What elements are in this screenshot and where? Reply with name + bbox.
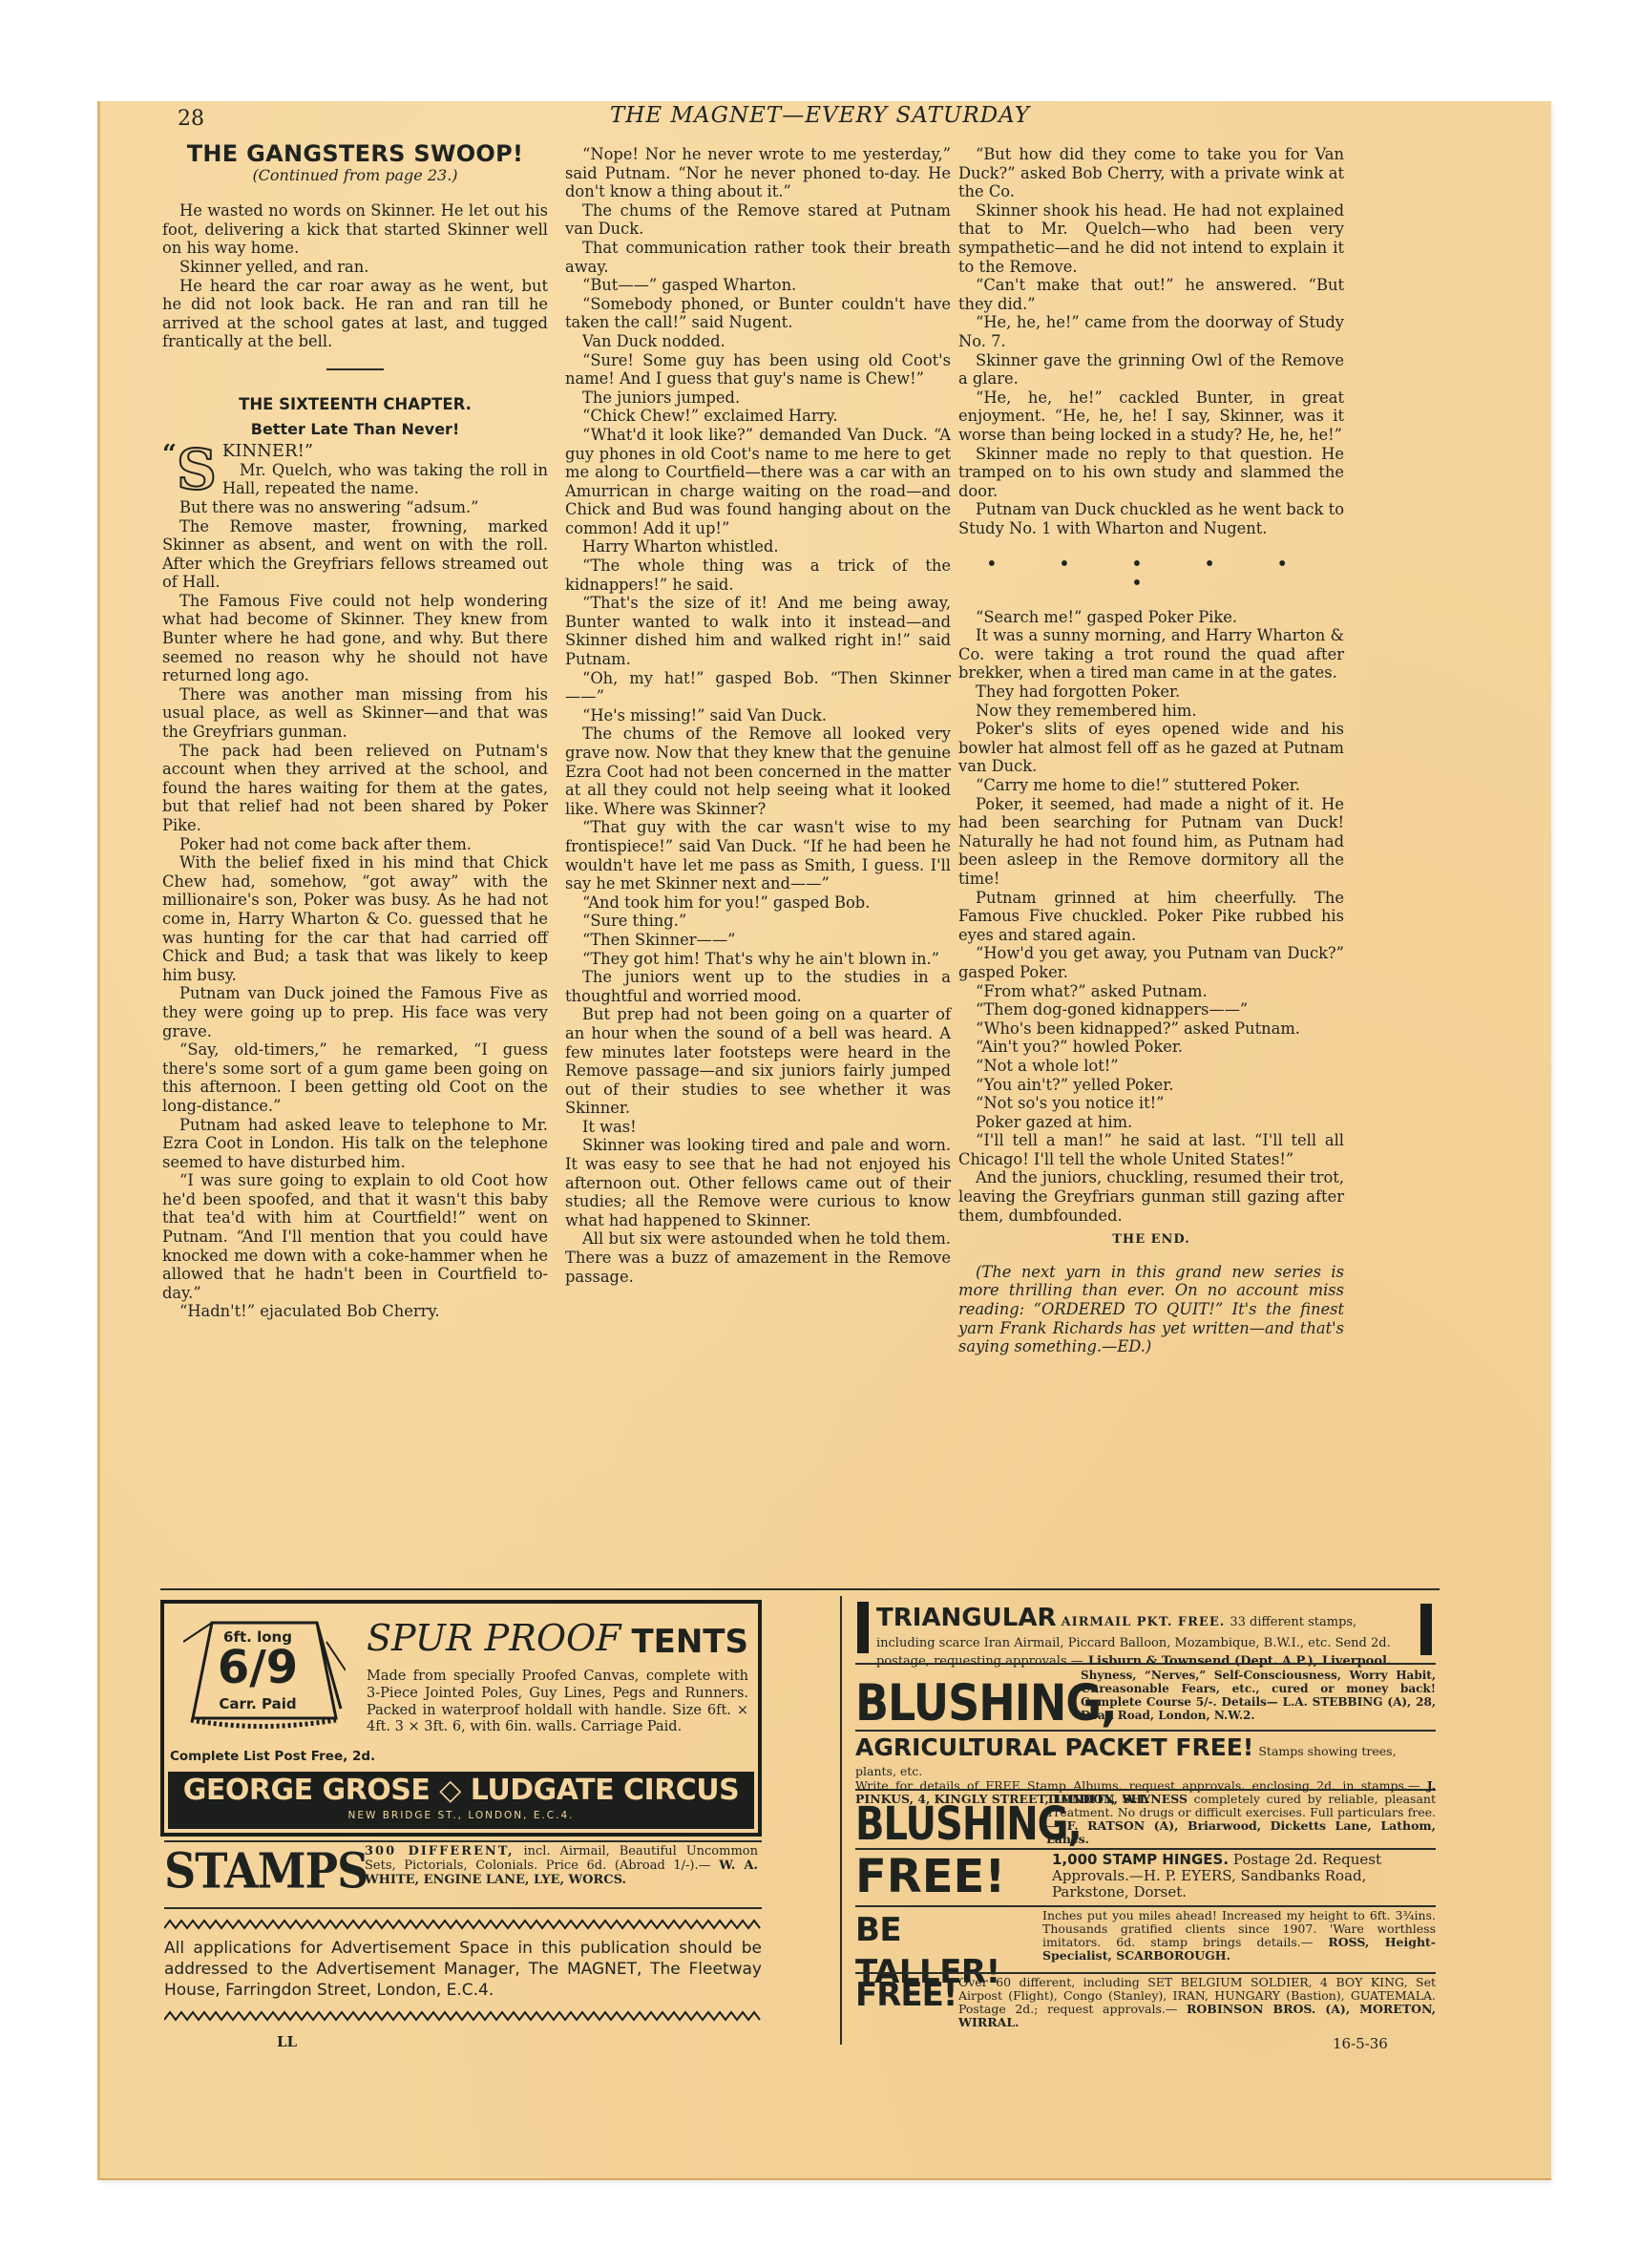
story-paragraph: “Say, old-timers,” he remarked, “I guess…: [162, 1040, 548, 1115]
triangular-advert: TRIANGULAR AIRMAIL PKT. FREE. 33 differe…: [855, 1604, 1436, 1669]
story-paragraph: Poker, it seemed, had made a night of it…: [958, 795, 1344, 889]
story-paragraph: They had forgotten Poker.: [958, 682, 1344, 702]
rule: [855, 1789, 1436, 1791]
story-paragraph: It was!: [565, 1118, 951, 1137]
ad-body: Over 60 different, including SET BELGIUM…: [958, 1976, 1436, 2029]
story-paragraph: “Hadn't!” ejaculated Bob Cherry.: [162, 1302, 548, 1321]
story-paragraph: “That guy with the car wasn't wise to my…: [565, 818, 951, 892]
story-paragraph: “Somebody phoned, or Bunter couldn't hav…: [565, 295, 951, 332]
tent-price: 6/9: [202, 1642, 313, 1693]
ad-body: Shyness, “Nerves,” Self-Consciousness, W…: [1081, 1669, 1436, 1728]
story-paragraph: Putnam van Duck joined the Famous Five a…: [162, 984, 548, 1040]
story-paragraph: Putnam had asked leave to telephone to M…: [162, 1116, 548, 1172]
free-stamps-advert: FREE! Over 60 different, including SET B…: [855, 1976, 1436, 2029]
story-paragraph: “I was sure going to explain to old Coot…: [162, 1171, 548, 1302]
issue-date: 16-5-36: [1333, 2035, 1388, 2052]
story-paragraph: All but six were astounded when he told …: [565, 1229, 951, 1286]
story-paragraph: Now they remembered him.: [958, 702, 1344, 721]
story-paragraph: “That's the size of it! And me being awa…: [565, 594, 951, 668]
tent-advert: 6ft. long 6/9 Carr. Paid SPUR PROOF TENT…: [160, 1600, 762, 1837]
stamps-advert: STAMPS 300 DIFFERENT, incl. Airmail, Bea…: [164, 1842, 762, 1901]
story-paragraph: “Ain't you?” howled Poker.: [958, 1038, 1344, 1057]
chapter-subtitle: Better Late Than Never!: [162, 420, 548, 439]
story-paragraph: With the belief fixed in his mind that C…: [162, 853, 548, 984]
story-column-2: “Nope! Nor he never wrote to me yesterda…: [565, 145, 951, 1286]
story-paragraph: Skinner made no reply to that question. …: [958, 445, 1344, 501]
story-paragraph: Putnam grinned at him cheerfully. The Fa…: [958, 889, 1344, 945]
story-paragraph: “How'd you get away, you Putnam van Duck…: [958, 944, 1344, 981]
story-paragraph: Skinner was looking tired and pale and w…: [565, 1136, 951, 1229]
story-paragraph: “Who's been kidnapped?” asked Putnam.: [958, 1019, 1344, 1039]
ad-headline: AGRICULTURAL PACKET FREE!: [855, 1733, 1253, 1761]
rule: [855, 1730, 1436, 1732]
ad-headline: BLUSHING,: [855, 1669, 1081, 1736]
drop-cap: S: [177, 446, 217, 493]
editor-note: (The next yarn in this grand new series …: [958, 1263, 1344, 1356]
story-paragraph: “Chick Chew!” exclaimed Harry.: [565, 407, 951, 426]
ad-lead: AIRMAIL PKT. FREE.: [1062, 1615, 1226, 1629]
story-paragraph: The pack had been relieved on Putnam's a…: [162, 742, 548, 835]
printer-mark: LL: [277, 2033, 297, 2050]
seller-address: NEW BRIDGE ST., LONDON, E.C.4.: [168, 1810, 754, 1821]
story-paragraph: “Sure thing.”: [565, 912, 951, 931]
zigzag-border: [164, 1919, 762, 1930]
advertising-notice: All applications for Advertisement Space…: [164, 1938, 762, 2001]
ad-body: TIMIDITY, SHYNESS completely cured by re…: [1046, 1793, 1436, 1846]
story-paragraph: “Them dog-goned kidnappers——”: [958, 1000, 1344, 1019]
ad-lead: 1,000 STAMP HINGES.: [1052, 1851, 1229, 1868]
rule: [855, 1663, 1436, 1665]
story-paragraph: “Oh, my hat!” gasped Bob. “Then Skinner—…: [565, 669, 951, 706]
tent-brand: SPUR PROOF: [367, 1617, 621, 1659]
story-paragraph: “I'll tell a man!” he said at last. “I'l…: [958, 1131, 1344, 1168]
ad-headline: FREE!: [855, 1976, 958, 2029]
story-paragraph: “Sure! Some guy has been using old Coot'…: [565, 351, 951, 388]
story-paragraph: “You ain't?” yelled Poker.: [958, 1076, 1344, 1095]
continued-note: (Continued from page 23.): [162, 166, 548, 185]
story-column-3: “But how did they come to take you for V…: [958, 145, 1344, 1356]
story-paragraph: Van Duck nodded.: [565, 332, 951, 351]
column-3-paragraphs: “But how did they come to take you for V…: [958, 145, 1344, 537]
stamps-text: 300 DIFFERENT, incl. Airmail, Beautiful …: [365, 1844, 758, 1887]
story-paragraph: “He's missing!” said Van Duck.: [565, 706, 951, 725]
ad-body: 1,000 STAMP HINGES. Postage 2d. Request …: [1052, 1852, 1436, 1901]
story-paragraph: He wasted no words on Skinner. He let ou…: [162, 201, 548, 258]
seller-name: GEORGE GROSE ◇ LUDGATE CIRCUS: [168, 1772, 754, 1810]
story-paragraph: Skinner gave the grinning Owl of the Rem…: [958, 351, 1344, 388]
the-end: THE END.: [958, 1230, 1344, 1249]
story-paragraph: He heard the car roar away as he went, b…: [162, 277, 548, 351]
running-title: THE MAGNET—EVERY SATURDAY: [0, 103, 1640, 128]
story-paragraph: The juniors jumped.: [565, 388, 951, 408]
story-paragraph: “They got him! That's why he ain't blown…: [565, 950, 951, 969]
story-paragraph: The Remove master, frowning, marked Skin…: [162, 517, 548, 592]
story-paragraph: The chums of the Remove all looked very …: [565, 724, 951, 818]
story-paragraph: “Then Skinner——”: [565, 931, 951, 950]
tent-description: Made from specially Proofed Canvas, comp…: [367, 1669, 748, 1736]
rule: [164, 1907, 762, 1909]
open-quote: “: [162, 442, 177, 467]
stamp-hinges-advert: FREE! 1,000 STAMP HINGES. Postage 2d. Re…: [855, 1852, 1436, 1901]
ads-top-rule: [160, 1588, 1440, 1590]
scene-break: • • • • • •: [958, 555, 1344, 592]
stamps-lead: 300 DIFFERENT,: [365, 1844, 515, 1858]
column-2-paragraphs: “Nope! Nor he never wrote to me yesterda…: [565, 145, 951, 1286]
ad-address: F. RATSON (A), Briarwood, Dicketts Lane,…: [1046, 1818, 1436, 1846]
story-paragraph: “What'd it look like?” demanded Van Duck…: [565, 426, 951, 538]
story-paragraph: “The whole thing was a trick of the kidn…: [565, 556, 951, 594]
story-paragraph: The juniors went up to the studies in a …: [565, 968, 951, 1005]
story-column-1: THE GANGSTERS SWOOP! (Continued from pag…: [162, 145, 548, 1321]
story-paragraph: It was a sunny morning, and Harry Wharto…: [958, 626, 1344, 682]
story-paragraph: There was another man missing from his u…: [162, 685, 548, 742]
chapter-paragraphs: But there was no answering “adsum.”The R…: [162, 498, 548, 1321]
story-paragraph: “Not so's you notice it!”: [958, 1094, 1344, 1113]
tent-list-offer: Complete List Post Free, 2d.: [170, 1749, 375, 1764]
story-paragraph: But there was no answering “adsum.”: [162, 498, 548, 517]
zigzag-border: [164, 2010, 762, 2022]
story-paragraph: “From what?” asked Putnam.: [958, 982, 1344, 1001]
story-paragraph: Poker gazed at him.: [958, 1113, 1344, 1132]
intro-paragraphs: He wasted no words on Skinner. He let ou…: [162, 201, 548, 351]
chapter-heading: THE SIXTEENTH CHAPTER.: [162, 395, 548, 414]
story-paragraph: “Can't make that out!” he answered. “But…: [958, 276, 1344, 313]
blushing-advert-2: BLUSHING, TIMIDITY, SHYNESS completely c…: [855, 1793, 1436, 1846]
story-paragraph: “But——” gasped Wharton.: [565, 276, 951, 295]
story-paragraph: But prep had not been going on a quarter…: [565, 1005, 951, 1118]
story-paragraph: “Not a whole lot!”: [958, 1057, 1344, 1076]
story-paragraph: “He, he, he!” cackled Bunter, in great e…: [958, 388, 1344, 445]
story-paragraph: That communication rather took their bre…: [565, 239, 951, 276]
rule: [855, 1972, 1436, 1974]
drop-first-line: KINNER!”: [222, 442, 548, 461]
story-paragraph: The chums of the Remove stared at Putnam…: [565, 201, 951, 239]
story-paragraph: Harry Wharton whistled.: [565, 537, 951, 556]
section-rule: [326, 368, 384, 370]
tent-carriage: Carr. Paid: [210, 1695, 305, 1712]
story-paragraph: “Nope! Nor he never wrote to me yesterda…: [565, 145, 951, 201]
stamps-headline: STAMPS: [164, 1842, 368, 1899]
rule: [855, 1905, 1436, 1907]
story-paragraph: “But how did they come to take you for V…: [958, 145, 1344, 201]
story-paragraph: The Famous Five could not help wondering…: [162, 592, 548, 685]
story-paragraph: Skinner yelled, and ran.: [162, 258, 548, 277]
story-paragraph: Skinner shook his head. He had not expla…: [958, 201, 1344, 276]
blushing-advert-1: BLUSHING, Shyness, “Nerves,” Self-Consci…: [855, 1669, 1436, 1728]
story-paragraph: Putnam van Duck chuckled as he went back…: [958, 500, 1344, 537]
drop-cap-paragraph: “ S KINNER!” Mr. Quelch, who was taking …: [162, 442, 548, 498]
story-paragraph: “He, he, he!” came from the doorway of S…: [958, 313, 1344, 350]
story-paragraph: “And took him for you!” gasped Bob.: [565, 893, 951, 913]
ad-headline: TRIANGULAR: [876, 1604, 1056, 1632]
story-paragraph: “Carry me home to die!” stuttered Poker.: [958, 776, 1344, 795]
story-paragraph: Poker had not come back after them.: [162, 835, 548, 854]
ad-headline: FREE!: [855, 1852, 1052, 1901]
ads-column-divider: [840, 1596, 842, 2045]
story-title: THE GANGSTERS SWOOP!: [162, 145, 548, 164]
ad-address: Lisburn & Townsend (Dept. A.P.), Liverpo…: [1088, 1654, 1392, 1669]
seller-banner: GEORGE GROSE ◇ LUDGATE CIRCUS NEW BRIDGE…: [168, 1772, 754, 1829]
story-paragraph: “Search me!” gasped Poker Pike.: [958, 608, 1344, 627]
drop-rest: Mr. Quelch, who was taking the roll in H…: [222, 461, 548, 498]
column-3-paragraphs-cont: “Search me!” gasped Poker Pike.It was a …: [958, 608, 1344, 1226]
story-paragraph: And the juniors, chuckling, resumed thei…: [958, 1168, 1344, 1225]
tent-product: TENTS: [631, 1623, 748, 1661]
story-paragraph: Poker's slits of eyes opened wide and hi…: [958, 720, 1344, 776]
